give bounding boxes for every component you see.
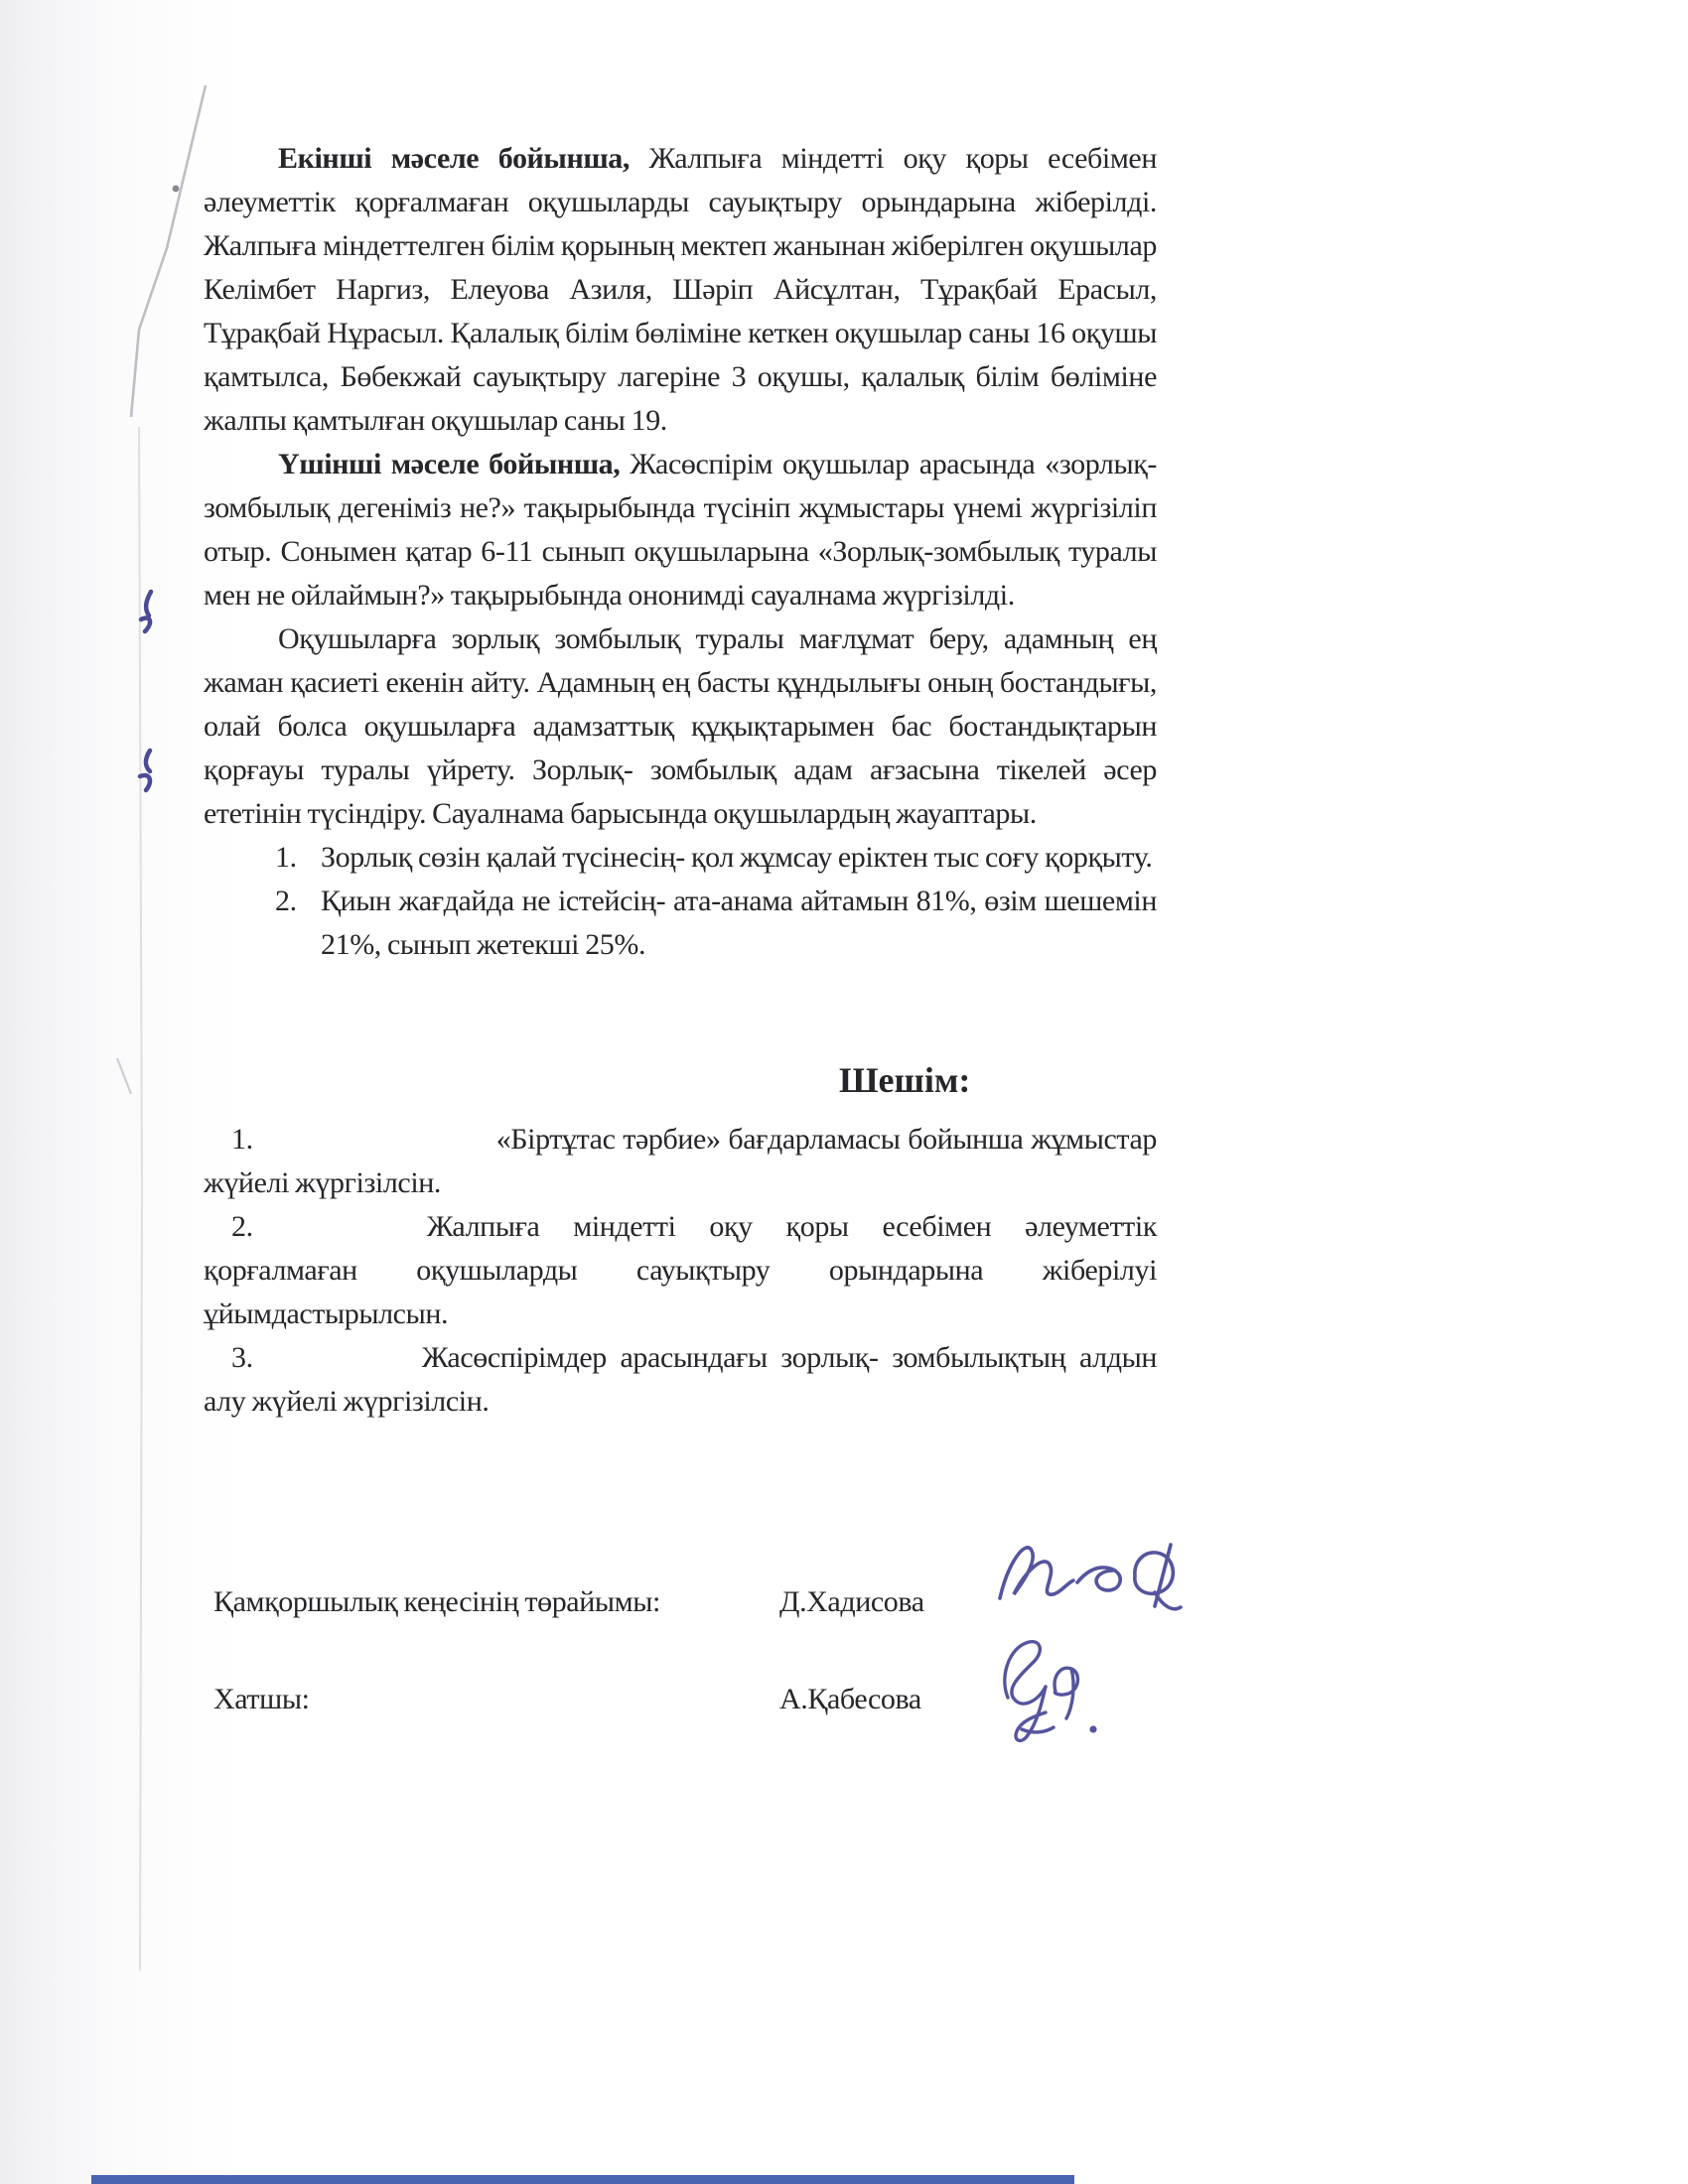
signatory-name: А.Қабесова	[779, 1678, 921, 1721]
list-number: 1.	[231, 1123, 253, 1156]
paragraph-third-issue: Үшінші мәселе бойынша, Жасөспірім оқушыл…	[204, 443, 1157, 617]
ink-mark	[146, 751, 150, 771]
signature-row: Қамқоршылық кеңесінің төрайымы: Д.Хадисо…	[204, 1580, 1157, 1632]
paragraph-text: Жалпыға міндетті оқу қоры есебімен әлеум…	[204, 142, 1157, 437]
ink-mark	[141, 617, 150, 631]
ink-mark	[140, 775, 150, 790]
decision-item: 3.Жасөспірімдер арасындағы зорлық- зомбы…	[204, 1336, 1157, 1424]
signature-role-label: Хатшы:	[213, 1678, 310, 1721]
survey-answer-item: 1. Зорлық сөзін қалай түсінесің- қол жұм…	[275, 836, 1157, 880]
scanned-document-page: Екінші мәселе бойынша, Жалпыға міндетті …	[0, 0, 1688, 2184]
handwritten-signature-secretary	[980, 1632, 1109, 1756]
page-crease-line	[131, 85, 206, 417]
list-number: 3.	[231, 1341, 253, 1374]
list-text: Жасөспірімдер арасындағы зорлық- зомбылы…	[204, 1341, 1157, 1418]
survey-answers-list: 1. Зорлық сөзін қалай түсінесің- қол жұм…	[275, 836, 1157, 967]
document-body: Екінші мәселе бойынша, Жалпыға міндетті …	[204, 137, 1157, 1775]
paragraph-lead: Екінші мәселе бойынша,	[278, 142, 630, 175]
signature-role-label: Қамқоршылық кеңесінің төрайымы:	[213, 1580, 660, 1624]
decision-heading: Шешім:	[204, 1056, 1157, 1104]
paragraph-text: Оқушыларға зорлық зомбылық туралы мағлұм…	[204, 622, 1157, 830]
decision-item: 2.Жалпыға міндетті оқу қоры есебімен әле…	[204, 1205, 1157, 1336]
paragraph-awareness: Оқушыларға зорлық зомбылық туралы мағлұм…	[204, 617, 1157, 836]
list-number: 2.	[231, 1210, 253, 1243]
paragraph-lead: Үшінші мәселе бойынша,	[278, 448, 620, 480]
list-number: 2.	[275, 880, 321, 967]
signatory-name: Д.Хадисова	[779, 1580, 924, 1624]
signature-row: Хатшы: А.Қабесова	[204, 1678, 1157, 1729]
list-text: «Біртұтас тәрбие» бағдарламасы бойынша ж…	[204, 1123, 1157, 1199]
paragraph-second-issue: Екінші мәселе бойынша, Жалпыға міндетті …	[204, 137, 1157, 443]
handwritten-signature-chair	[986, 1521, 1185, 1630]
ink-speck	[173, 186, 180, 193]
list-text: Зорлық сөзін қалай түсінесің- қол жұмсау…	[321, 836, 1157, 880]
survey-answer-item: 2. Қиын жағдайда не істейсің- ата-анама …	[275, 880, 1157, 967]
list-text: Қиын жағдайда не істейсің- ата-анама айт…	[321, 880, 1157, 967]
bottom-folder-strip	[91, 2175, 1074, 2184]
list-number: 1.	[275, 836, 321, 880]
paper-edge-line	[139, 427, 142, 1971]
decision-item: 1.«Біртұтас тәрбие» бағдарламасы бойынша…	[204, 1118, 1157, 1205]
list-text: Жалпыға міндетті оқу қоры есебімен әлеум…	[204, 1210, 1157, 1330]
signature-block: Қамқоршылық кеңесінің төрайымы: Д.Хадисо…	[204, 1580, 1157, 1729]
crease-mark	[117, 1058, 131, 1094]
ink-mark	[146, 592, 151, 615]
